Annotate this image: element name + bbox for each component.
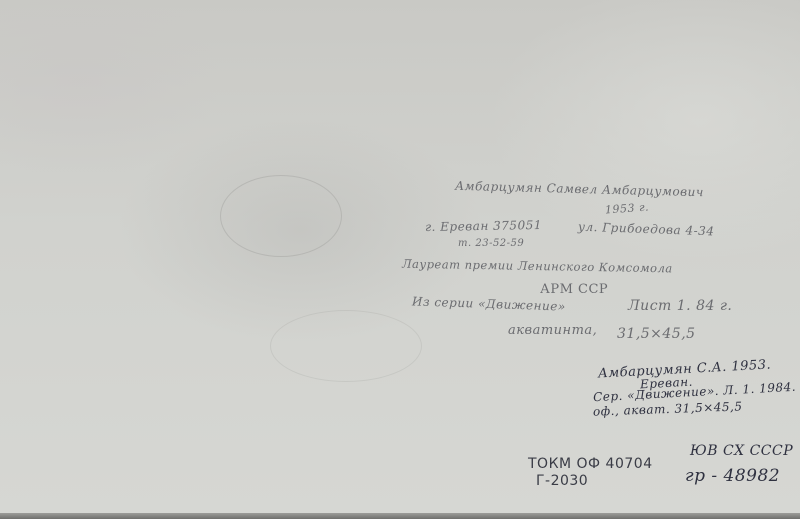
address-city: г. Ереван 375051	[425, 218, 542, 234]
union-code: ЮВ СХ СССР	[690, 443, 793, 459]
sheet-info: Лист 1. 84 г.	[628, 298, 732, 314]
paper-bottom-edge	[0, 513, 800, 519]
museum-inventory-code: ТОКМ ОФ 40704	[528, 456, 653, 472]
technique: акватинта,	[508, 323, 597, 338]
paper-sheet	[0, 0, 800, 513]
paper-smudge	[220, 175, 342, 257]
museum-sub-code: Г-2030	[536, 473, 588, 489]
dimensions: 31,5×45,5	[617, 326, 696, 342]
paper-smudge	[270, 310, 422, 382]
phone-number: т. 23-52-59	[458, 238, 524, 249]
union-number: гр - 48982	[685, 466, 780, 486]
award-region: АРМ ССР	[540, 282, 608, 297]
